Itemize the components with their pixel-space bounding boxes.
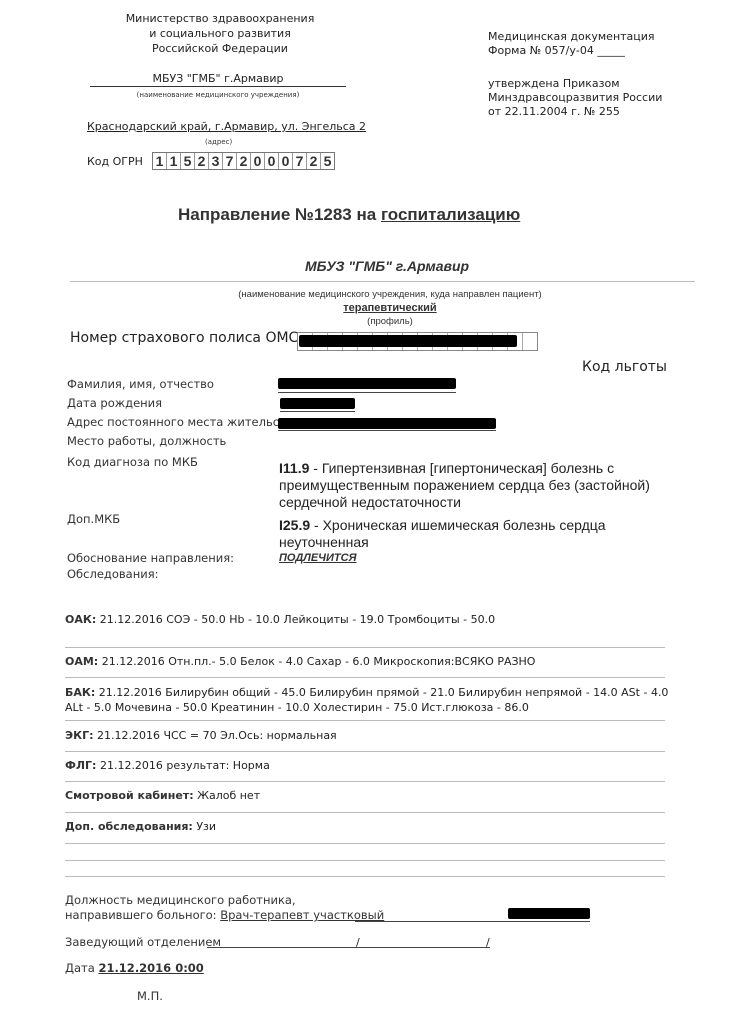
ogrn-digit: 0: [279, 153, 293, 169]
exam-bak: БАК: 21.12.2016 Билирубин общий - 45.0 Б…: [65, 685, 675, 715]
ogrn-digit: 5: [321, 153, 334, 169]
destination-caption: (наименование медицинского учреждения, к…: [150, 289, 630, 300]
profile-caption: (профиль): [250, 316, 530, 327]
title-suffix: госпитализацию: [381, 205, 520, 224]
exam-additional: Доп. обследования: Узи: [65, 820, 216, 833]
extra-diagnosis-text: - Хроническая ишемическая болезнь сердца…: [279, 517, 606, 550]
position-value: Врач-терапевт участковый: [220, 908, 384, 922]
extra-diagnosis-code: I25.9: [279, 517, 310, 533]
stamp-place: М.П.: [137, 989, 163, 1003]
dob-label: Дата рождения: [67, 396, 162, 410]
reason-label: Обоснование направления:: [67, 551, 234, 565]
issuing-institution: МБУЗ "ГМБ" г.Армавир: [90, 72, 346, 86]
residence-label: Адрес постоянного места жительства: [67, 415, 300, 429]
ogrn-digit: 2: [307, 153, 321, 169]
ogrn-label: Код ОГРН: [87, 155, 143, 169]
name-redaction: [278, 378, 456, 389]
diagnosis-text: - Гипертензивная [гипертоническая] болез…: [279, 460, 650, 510]
ogrn-digit: 3: [209, 153, 223, 169]
approval-line-3: от 22.11.2004 г. № 255: [488, 105, 620, 119]
diagnosis-code: I11.9: [279, 460, 309, 476]
date-row: Дата 21.12.2016 0:00: [65, 961, 204, 975]
institution-address: Краснодарский край, г.Армавир, ул. Энгел…: [87, 120, 366, 134]
position-label-1: Должность медицинского работника,: [65, 893, 296, 907]
polis-redaction: [299, 335, 517, 347]
head-of-dept-label: Заведующий отделением: [65, 935, 221, 949]
exam-oak: ОАК: 21.12.2016 СОЭ - 50.0 Hb - 10.0 Лей…: [65, 613, 495, 626]
signature-separator-2: /: [486, 936, 490, 949]
ogrn-digit: 2: [195, 153, 209, 169]
diagnosis-value: I11.9 - Гипертензивная [гипертоническая]…: [279, 460, 674, 511]
extra-diagnosis-value: I25.9 - Хроническая ишемическая болезнь …: [279, 517, 674, 551]
page-title: Направление №1283 на госпитализацию: [178, 205, 520, 225]
profile-value: терапевтический: [250, 302, 530, 314]
diagnosis-label: Код диагноза по МКБ: [67, 455, 198, 469]
reason-value: ПОДЛЕЧИТСЯ: [279, 552, 357, 564]
ogrn-digit: 7: [223, 153, 237, 169]
name-label: Фамилия, имя, отчество: [67, 377, 214, 391]
exam-screening-room: Смотровой кабинет: Жалоб нет: [65, 789, 260, 802]
ogrn-digit: 7: [293, 153, 307, 169]
position-label-2: направившего больного:: [65, 908, 220, 922]
ministry-line-1: Министерство здравоохранения: [100, 12, 340, 26]
polis-label: Номер страхового полиса ОМС: [70, 330, 298, 346]
dob-redaction: [280, 398, 355, 409]
date-label: Дата: [65, 961, 98, 975]
exam-oam: ОАМ: 21.12.2016 Отн.пл.- 5.0 Белок - 4.0…: [65, 655, 535, 668]
signature-separator-1: /: [356, 936, 360, 949]
ogrn-digit: 2: [237, 153, 251, 169]
ogrn-digit: 0: [251, 153, 265, 169]
exam-flg: ФЛГ: 21.12.2016 результат: Норма: [65, 759, 270, 772]
residence-redaction: [278, 418, 496, 429]
ogrn-digit: 1: [167, 153, 181, 169]
position-row: направившего больного: Врач-терапевт уча…: [65, 908, 384, 922]
ogrn-digit: 1: [153, 153, 167, 169]
destination-institution: МБУЗ "ГМБ" г.Армавир: [305, 258, 469, 274]
doctor-name-redaction: [508, 908, 590, 919]
ministry-line-2: и социального развития: [100, 27, 340, 41]
work-label: Место работы, должность: [67, 434, 226, 448]
benefit-code-label: Код льготы: [582, 359, 667, 375]
ogrn-digit: 0: [265, 153, 279, 169]
doc-type: Медицинская документация: [488, 30, 655, 44]
date-value: 21.12.2016 0:00: [98, 961, 203, 975]
polis-cell: [523, 333, 537, 350]
title-prefix: Направление №1283 на: [178, 205, 381, 224]
approval-line-1: утверждена Приказом: [488, 77, 620, 91]
ogrn-digit: 5: [181, 153, 195, 169]
approval-line-2: Минздравсоцразвития России: [488, 91, 662, 105]
exam-ekg: ЭКГ: 21.12.2016 ЧСС = 70 Эл.Ось: нормаль…: [65, 729, 337, 742]
ogrn-code-boxes: 1152372000725: [152, 152, 335, 170]
form-number: Форма № 057/у-04 _____: [488, 44, 625, 58]
extra-diagnosis-label: Доп.МКБ: [67, 512, 120, 526]
institution-caption: (наименование медицинского учреждения): [90, 91, 346, 99]
address-caption: (адрес): [205, 138, 232, 146]
ministry-line-3: Российской Федерации: [100, 42, 340, 56]
exams-label: Обследования:: [67, 567, 159, 581]
